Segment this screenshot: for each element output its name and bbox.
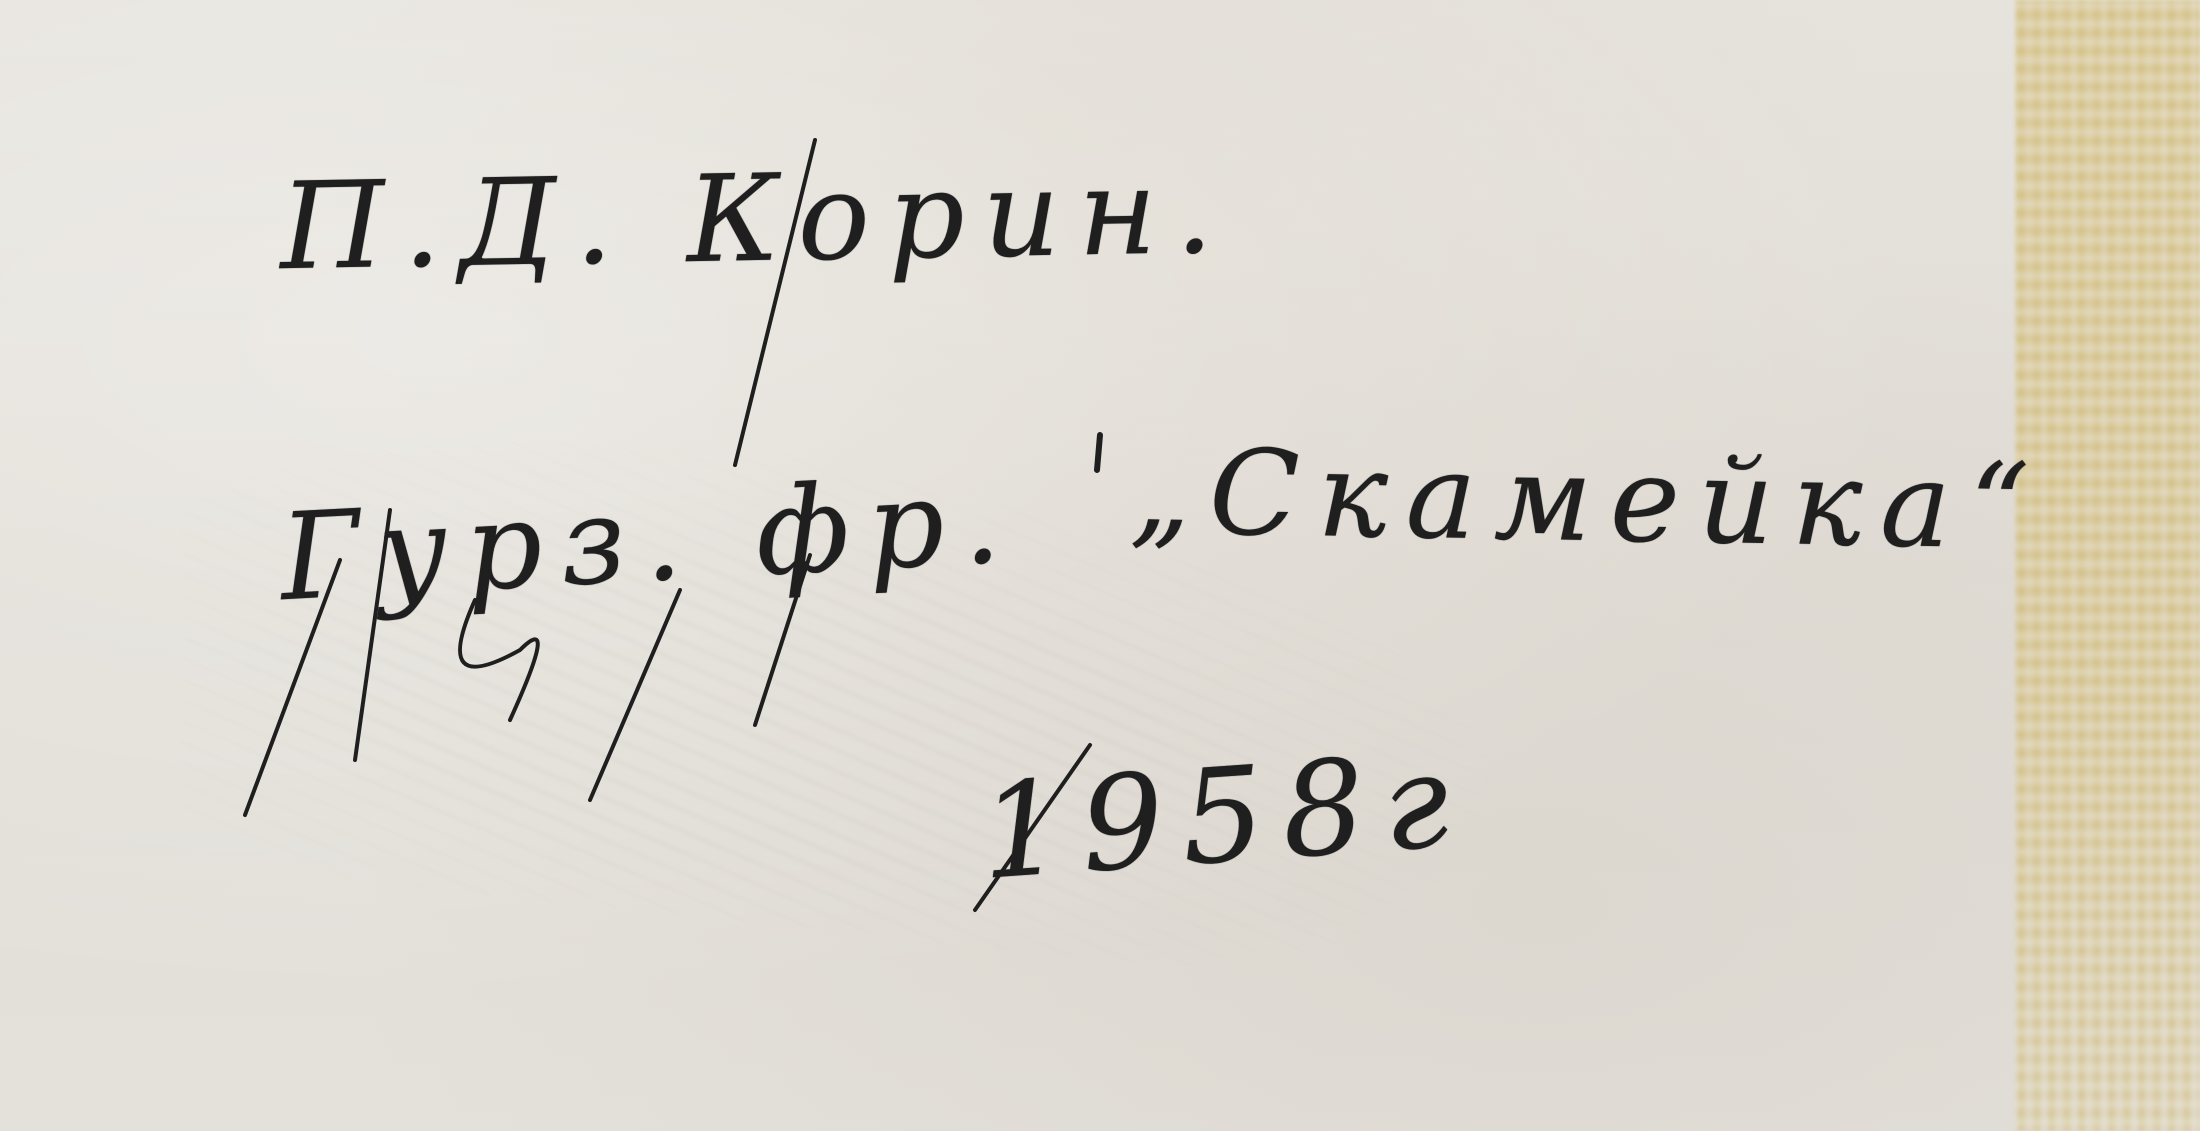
artwork-title: „Скамейка“ — [1129, 422, 2048, 576]
author-signature: П.Д. Корин. — [279, 142, 1232, 298]
